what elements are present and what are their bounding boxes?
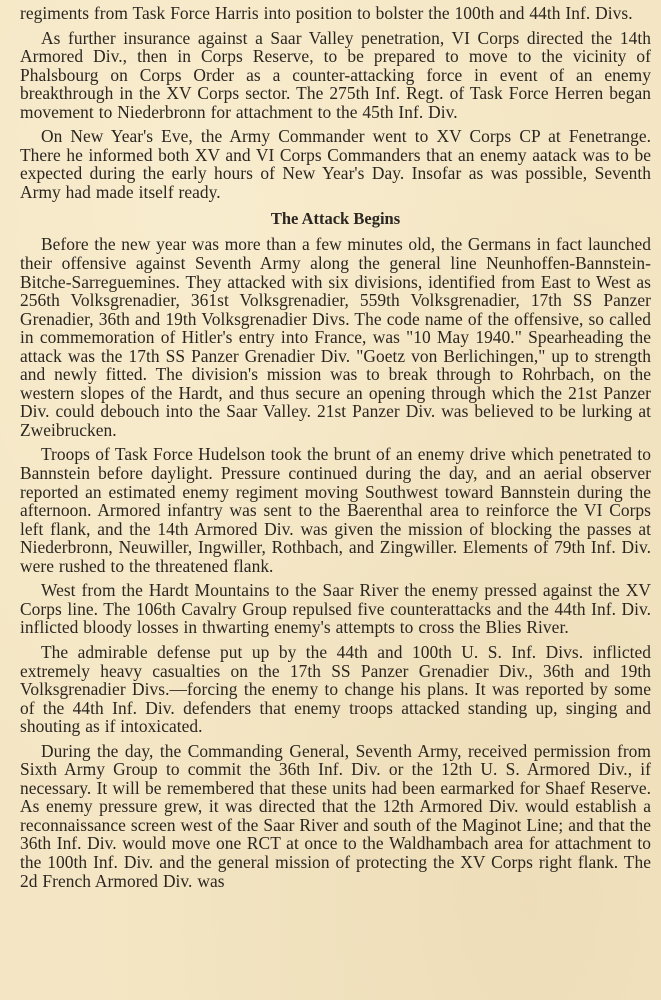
document-page: regiments from Task Force Harris into po… — [20, 4, 651, 896]
paragraph-task-force-hudelson: Troops of Task Force Hudelson took the b… — [20, 445, 651, 575]
section-heading: The Attack Begins — [20, 209, 651, 229]
paragraph-saar-insurance: As further insurance against a Saar Vall… — [20, 29, 651, 122]
paragraph-admirable-defense: The admirable defense put up by the 44th… — [20, 643, 651, 736]
paragraph-continuation: regiments from Task Force Harris into po… — [20, 4, 651, 23]
paragraph-offensive-launch: Before the new year was more than a few … — [20, 235, 651, 439]
paragraph-commanding-general: During the day, the Commanding General, … — [20, 742, 651, 890]
paragraph-new-years-eve: On New Year's Eve, the Army Commander we… — [20, 127, 651, 201]
paragraph-xv-corps-line: West from the Hardt Mountains to the Saa… — [20, 581, 651, 637]
